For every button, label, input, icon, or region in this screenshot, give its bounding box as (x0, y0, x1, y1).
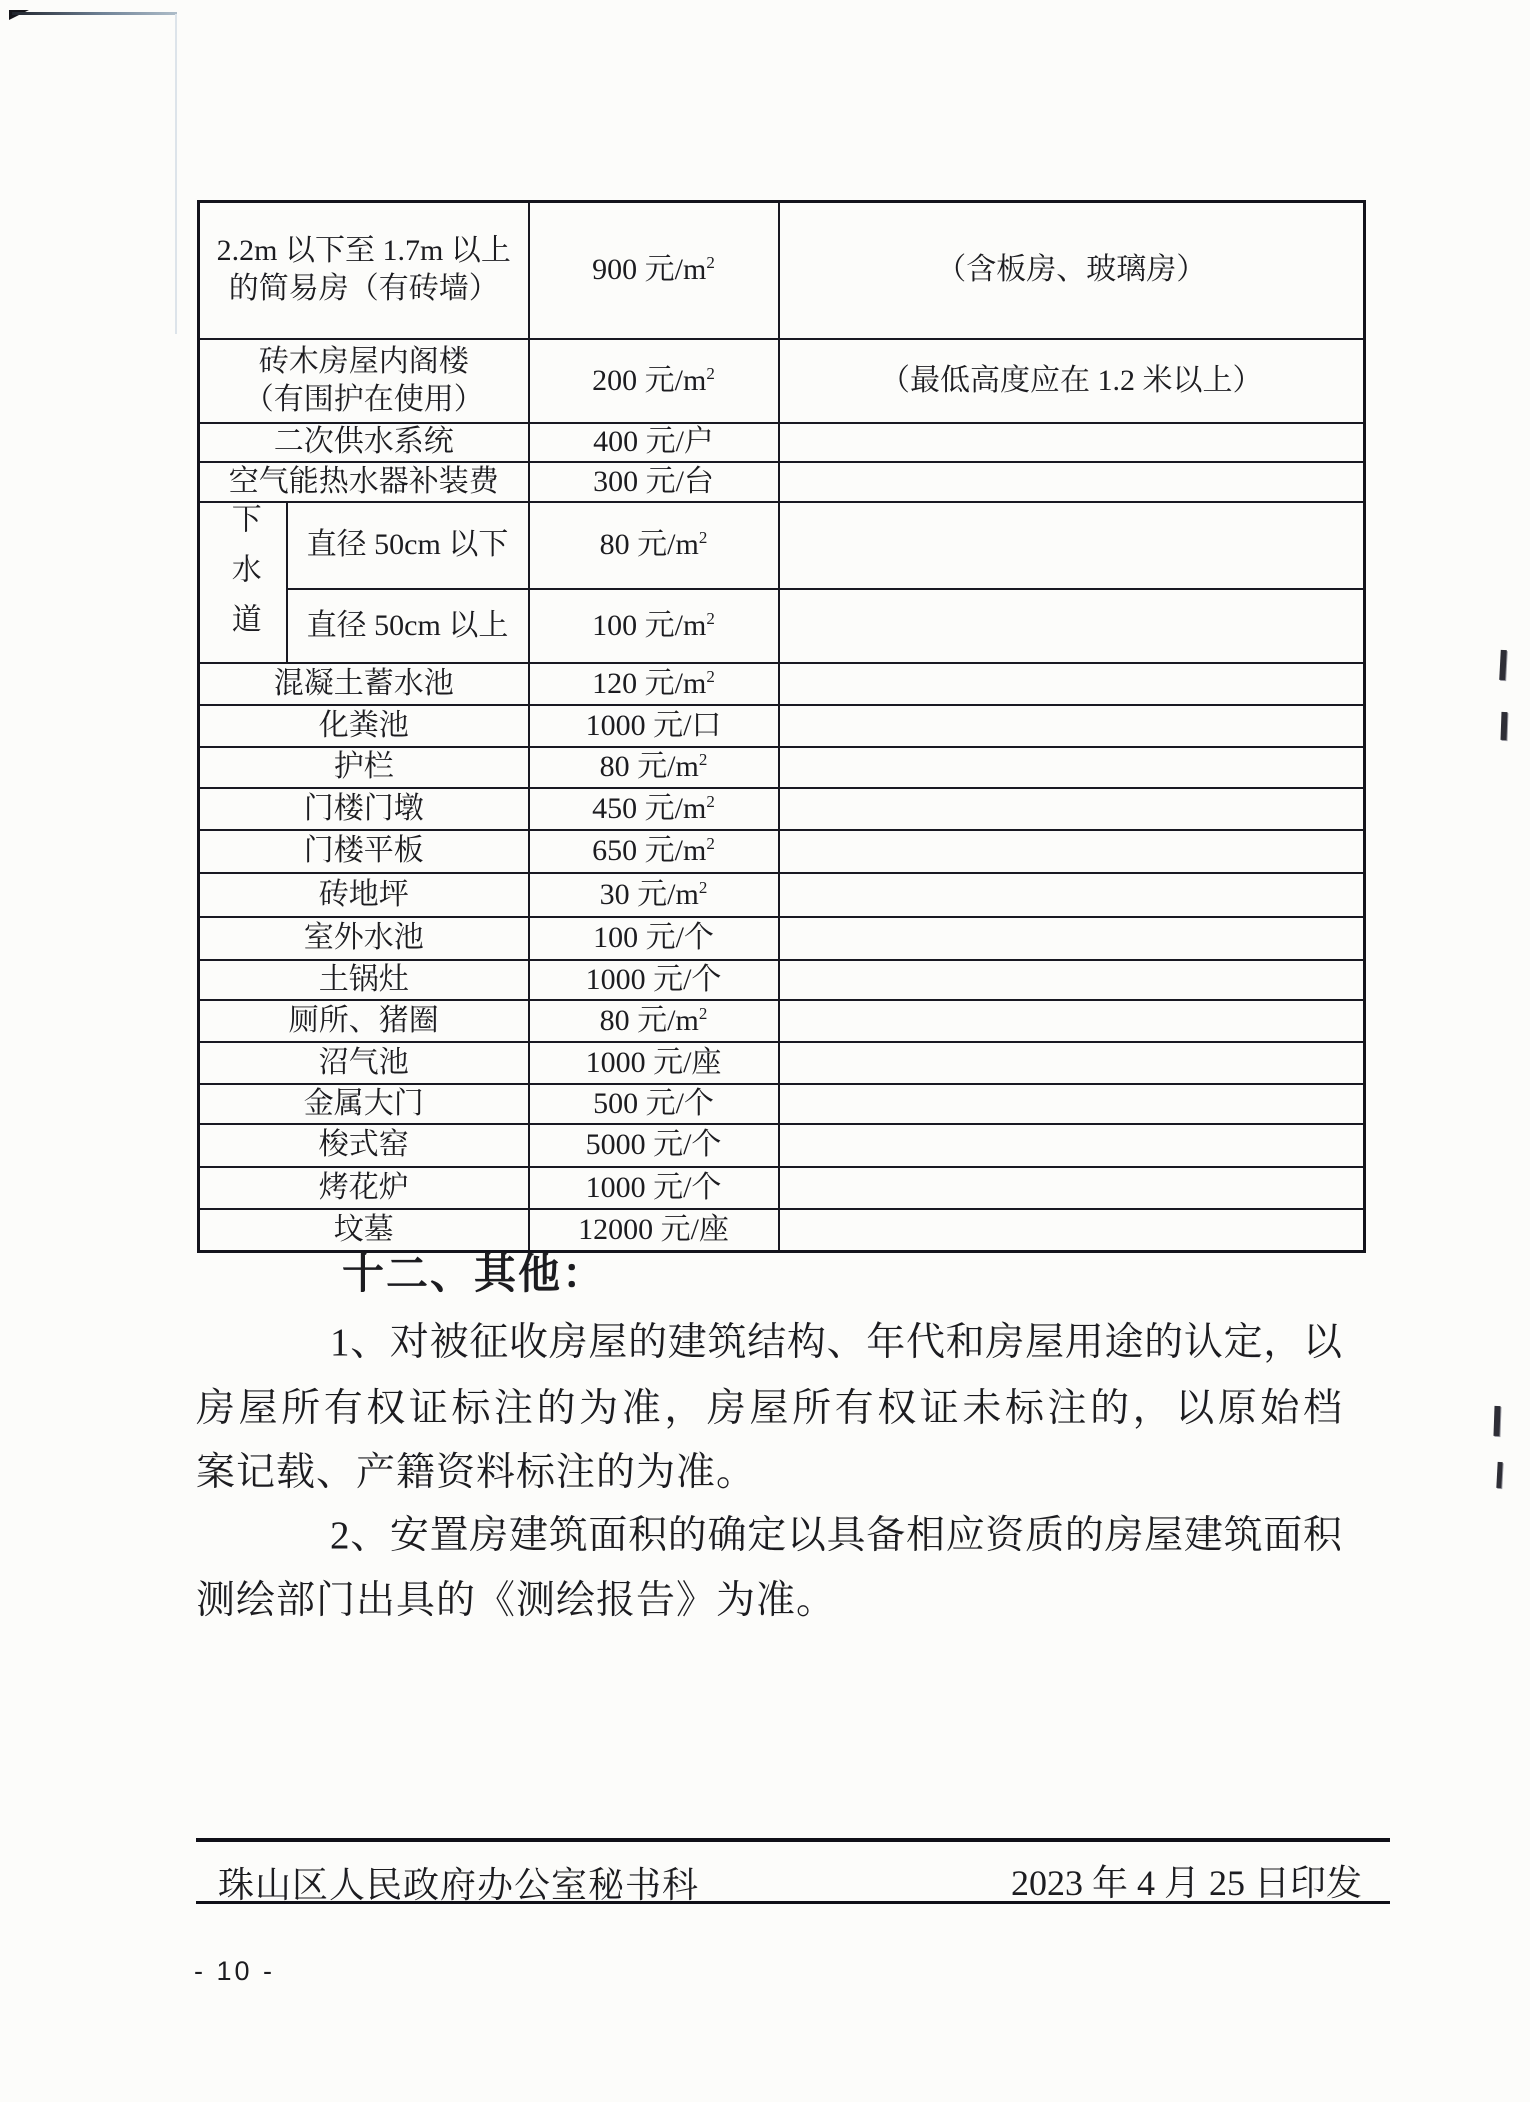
price-cell: 80 元/m2 (529, 502, 779, 590)
item-cell: 烤花炉 (199, 1167, 529, 1209)
price-sup: 2 (699, 1004, 708, 1023)
table-row: 化粪池 1000 元/口 (199, 705, 1365, 747)
table-row: 2.2m 以下至 1.7m 以上 的简易房（有砖墙） 900 元/m2 （含板房… (199, 202, 1365, 339)
table-row: 室外水池 100 元/个 (199, 917, 1365, 960)
item-cell: 护栏 (199, 747, 529, 788)
table-row: 二次供水系统 400 元/户 (199, 423, 1365, 462)
item-cell: 砖地坪 (199, 873, 529, 917)
item-cell: 室外水池 (199, 917, 529, 960)
item-cell: 直径 50cm 以上 (287, 589, 529, 662)
price-cell: 1000 元/个 (529, 1167, 779, 1209)
note-cell (779, 705, 1365, 747)
note-cell (779, 589, 1365, 662)
item-cell: 土锅灶 (199, 960, 529, 1000)
price-cell: 650 元/m2 (529, 830, 779, 873)
scanned-document-page: 2.2m 以下至 1.7m 以上 的简易房（有砖墙） 900 元/m2 （含板房… (0, 0, 1530, 2102)
item-cell: 直径 50cm 以下 (287, 502, 529, 590)
price-text: 200 元/m (592, 364, 706, 397)
paragraph-line: 房屋所有权证标注的为准，房屋所有权证未标注的，以原始档 (196, 1386, 1342, 1432)
footer-rule-top (196, 1838, 1390, 1842)
footer-date: 2023 年 4 月 25 日印发 (1010, 1855, 1362, 1906)
note-cell (779, 423, 1365, 462)
table-row: 土锅灶 1000 元/个 (199, 960, 1365, 1000)
item-cell: 2.2m 以下至 1.7m 以上 的简易房（有砖墙） (199, 202, 529, 339)
scan-artifact-fold-line (175, 14, 177, 334)
page-number: - 10 - (194, 1956, 275, 1987)
note-cell (779, 1209, 1365, 1252)
note-cell (779, 1000, 1365, 1042)
note-cell (779, 1167, 1365, 1209)
price-sup: 2 (699, 528, 708, 547)
item-cell: 金属大门 (199, 1084, 529, 1124)
item-cell: 门楼门墩 (199, 788, 529, 830)
item-line: （有围护在使用） (200, 381, 528, 419)
scan-artifact-tick (1493, 1406, 1500, 1436)
table-row: 门楼平板 650 元/m2 (199, 830, 1365, 873)
price-text: 900 元/m (592, 253, 706, 286)
item-line: 2.2m 以下至 1.7m 以上 (200, 232, 528, 270)
price-cell: 500 元/个 (529, 1084, 779, 1124)
price-cell: 300 元/台 (529, 462, 779, 502)
note-cell (779, 917, 1365, 960)
price-cell: 400 元/户 (529, 423, 779, 462)
item-cell: 厕所、猪圈 (199, 1000, 529, 1042)
price-text: 120 元/m (592, 667, 706, 700)
price-cell: 80 元/m2 (529, 747, 779, 788)
price-text: 1000 元/座 (586, 1046, 722, 1079)
note-cell (779, 502, 1365, 590)
paragraph-line: 2、安置房建筑面积的确定以具备相应资质的房屋建筑面积 (330, 1513, 1342, 1559)
paragraph-line: 案记载、产籍资料标注的为准。 (196, 1450, 756, 1496)
item-line: 的简易房（有砖墙） (200, 270, 528, 308)
price-text: 500 元/个 (593, 1087, 714, 1120)
price-sup: 2 (706, 609, 715, 628)
price-sup: 2 (706, 792, 715, 811)
table-row: 砖地坪 30 元/m2 (199, 873, 1365, 917)
price-text: 30 元/m (600, 878, 699, 911)
table-row: 坟墓 12000 元/座 (199, 1209, 1365, 1252)
scan-artifact-corner-line (12, 12, 177, 15)
table-row: 下水道 直径 50cm 以下 80 元/m2 (199, 502, 1365, 590)
price-text: 80 元/m (600, 750, 699, 783)
item-cell: 二次供水系统 (199, 423, 529, 462)
note-cell (779, 663, 1365, 705)
table-row: 烤花炉 1000 元/个 (199, 1167, 1365, 1209)
note-cell (779, 873, 1365, 917)
price-text: 1000 元/个 (586, 1171, 722, 1204)
price-cell: 5000 元/个 (529, 1124, 779, 1167)
drain-group-cell: 下水道 (199, 502, 287, 663)
price-cell: 30 元/m2 (529, 873, 779, 917)
drain-group-label: 下水道 (225, 503, 261, 653)
paragraph-line: 1、对被征收房屋的建筑结构、年代和房屋用途的认定，以 (330, 1320, 1342, 1366)
note-cell (779, 788, 1365, 830)
price-text: 12000 元/座 (578, 1213, 729, 1246)
note-cell (779, 462, 1365, 502)
price-text: 1000 元/个 (586, 963, 722, 996)
price-sup: 2 (699, 878, 708, 897)
price-sup: 2 (706, 667, 715, 686)
table-row: 空气能热水器补装费 300 元/台 (199, 462, 1365, 502)
price-text: 80 元/m (600, 528, 699, 561)
note-cell: （含板房、玻璃房） (779, 202, 1365, 339)
table-row: 门楼门墩 450 元/m2 (199, 788, 1365, 830)
price-cell: 1000 元/口 (529, 705, 779, 747)
price-cell: 100 元/个 (529, 917, 779, 960)
price-sup: 2 (699, 750, 708, 769)
item-cell: 沼气池 (199, 1042, 529, 1084)
price-cell: 1000 元/个 (529, 960, 779, 1000)
table-row: 护栏 80 元/m2 (199, 747, 1365, 788)
item-cell: 化粪池 (199, 705, 529, 747)
paragraph-line: 测绘部门出具的《测绘报告》为准。 (196, 1578, 836, 1624)
note-cell (779, 747, 1365, 788)
scan-artifact-tick (1501, 712, 1508, 740)
table-row: 沼气池 1000 元/座 (199, 1042, 1365, 1084)
price-text: 100 元/m (592, 609, 706, 642)
compensation-table: 2.2m 以下至 1.7m 以上 的简易房（有砖墙） 900 元/m2 （含板房… (197, 200, 1366, 1253)
item-cell: 空气能热水器补装费 (199, 462, 529, 502)
price-text: 400 元/户 (593, 425, 714, 458)
item-line: 砖木房屋内阁楼 (200, 343, 528, 381)
note-cell (779, 1084, 1365, 1124)
price-cell: 120 元/m2 (529, 663, 779, 705)
price-text: 5000 元/个 (586, 1128, 722, 1161)
note-cell (779, 1042, 1365, 1084)
note-cell (779, 960, 1365, 1000)
price-cell: 200 元/m2 (529, 339, 779, 423)
scan-artifact-tick (1496, 1462, 1502, 1488)
item-cell: 砖木房屋内阁楼 （有围护在使用） (199, 339, 529, 423)
price-cell: 100 元/m2 (529, 589, 779, 662)
table-row: 砖木房屋内阁楼 （有围护在使用） 200 元/m2 （最低高度应在 1.2 米以… (199, 339, 1365, 423)
table-row: 混凝土蓄水池 120 元/m2 (199, 663, 1365, 705)
price-text: 80 元/m (600, 1004, 699, 1037)
price-text: 100 元/个 (593, 921, 714, 954)
note-cell (779, 830, 1365, 873)
table-row: 厕所、猪圈 80 元/m2 (199, 1000, 1365, 1042)
footer-rule-bottom (196, 1901, 1390, 1904)
price-text: 650 元/m (592, 834, 706, 867)
price-text: 450 元/m (592, 792, 706, 825)
note-cell (779, 1124, 1365, 1167)
item-cell: 门楼平板 (199, 830, 529, 873)
item-cell: 坟墓 (199, 1209, 529, 1252)
item-cell: 混凝土蓄水池 (199, 663, 529, 705)
item-cell: 梭式窑 (199, 1124, 529, 1167)
price-text: 300 元/台 (593, 465, 714, 498)
price-cell: 900 元/m2 (529, 202, 779, 339)
price-cell: 80 元/m2 (529, 1000, 779, 1042)
table-row: 直径 50cm 以上 100 元/m2 (199, 589, 1365, 662)
price-text: 1000 元/口 (586, 709, 722, 742)
price-sup: 2 (706, 834, 715, 853)
section-heading: 十二、其他： (342, 1252, 606, 1298)
price-sup: 2 (706, 253, 715, 272)
table-row: 金属大门 500 元/个 (199, 1084, 1365, 1124)
scan-artifact-tick (1499, 650, 1507, 680)
table-row: 梭式窑 5000 元/个 (199, 1124, 1365, 1167)
note-cell: （最低高度应在 1.2 米以上） (779, 339, 1365, 423)
price-cell: 1000 元/座 (529, 1042, 779, 1084)
price-cell: 12000 元/座 (529, 1209, 779, 1252)
price-cell: 450 元/m2 (529, 788, 779, 830)
price-sup: 2 (706, 364, 715, 383)
